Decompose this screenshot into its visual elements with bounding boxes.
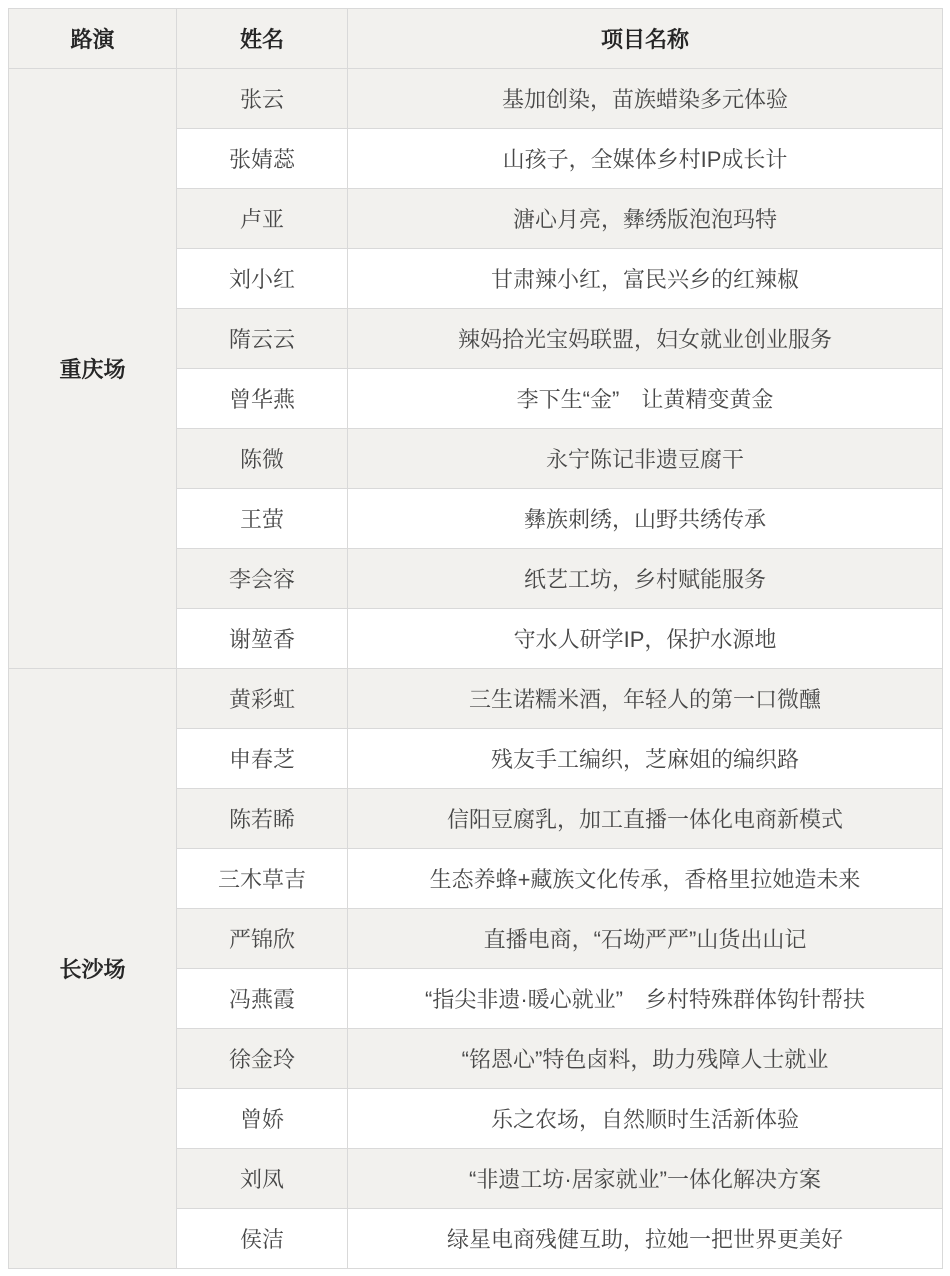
- project-cell: 彝族刺绣，山野共绣传承: [348, 489, 943, 549]
- name-cell: 隋云云: [177, 309, 348, 369]
- project-cell: 永宁陈记非遗豆腐干: [348, 429, 943, 489]
- name-cell: 曾娇: [177, 1089, 348, 1149]
- name-cell: 王萤: [177, 489, 348, 549]
- project-cell: 残友手工编织，芝麻姐的编织路: [348, 729, 943, 789]
- project-cell: 纸艺工坊，乡村赋能服务: [348, 549, 943, 609]
- project-cell: 直播电商，“石坳严严”山货出山记: [348, 909, 943, 969]
- name-cell: 陈若睎: [177, 789, 348, 849]
- project-cell: 基加创染，苗族蜡染多元体验: [348, 69, 943, 129]
- table-body: 重庆场张云基加创染，苗族蜡染多元体验张婧蕊山孩子，全媒体乡村IP成长计卢亚溏心月…: [9, 69, 943, 1269]
- column-header-venue: 路演: [9, 9, 177, 69]
- name-cell: 谢堃香: [177, 609, 348, 669]
- name-cell: 陈微: [177, 429, 348, 489]
- name-cell: 曾华燕: [177, 369, 348, 429]
- project-cell: 守水人研学IP，保护水源地: [348, 609, 943, 669]
- project-cell: 三生诺糯米酒，年轻人的第一口微醺: [348, 669, 943, 729]
- table-row: 长沙场黄彩虹三生诺糯米酒，年轻人的第一口微醺: [9, 669, 943, 729]
- project-cell: 溏心月亮，彝绣版泡泡玛特: [348, 189, 943, 249]
- name-cell: 张婧蕊: [177, 129, 348, 189]
- header-row: 路演 姓名 项目名称: [9, 9, 943, 69]
- project-cell: 山孩子，全媒体乡村IP成长计: [348, 129, 943, 189]
- page: 路演 姓名 项目名称 重庆场张云基加创染，苗族蜡染多元体验张婧蕊山孩子，全媒体乡…: [0, 0, 950, 1276]
- name-cell: 三木草吉: [177, 849, 348, 909]
- name-cell: 刘小红: [177, 249, 348, 309]
- table-row: 重庆场张云基加创染，苗族蜡染多元体验: [9, 69, 943, 129]
- project-cell: 李下生“金” 让黄精变黄金: [348, 369, 943, 429]
- name-cell: 张云: [177, 69, 348, 129]
- project-cell: 信阳豆腐乳，加工直播一体化电商新模式: [348, 789, 943, 849]
- roadshow-table: 路演 姓名 项目名称 重庆场张云基加创染，苗族蜡染多元体验张婧蕊山孩子，全媒体乡…: [8, 8, 943, 1269]
- project-cell: 生态养蜂+藏族文化传承，香格里拉她造未来: [348, 849, 943, 909]
- name-cell: 严锦欣: [177, 909, 348, 969]
- name-cell: 侯洁: [177, 1209, 348, 1269]
- project-cell: 乐之农场，自然顺时生活新体验: [348, 1089, 943, 1149]
- name-cell: 卢亚: [177, 189, 348, 249]
- name-cell: 徐金玲: [177, 1029, 348, 1089]
- name-cell: 申春芝: [177, 729, 348, 789]
- name-cell: 冯燕霞: [177, 969, 348, 1029]
- project-cell: “铭恩心”特色卤料，助力残障人士就业: [348, 1029, 943, 1089]
- column-header-name: 姓名: [177, 9, 348, 69]
- venue-cell: 重庆场: [9, 69, 177, 669]
- column-header-project: 项目名称: [348, 9, 943, 69]
- project-cell: 辣妈拾光宝妈联盟，妇女就业创业服务: [348, 309, 943, 369]
- name-cell: 刘凤: [177, 1149, 348, 1209]
- name-cell: 黄彩虹: [177, 669, 348, 729]
- project-cell: 甘肃辣小红，富民兴乡的红辣椒: [348, 249, 943, 309]
- project-cell: 绿星电商残健互助，拉她一把世界更美好: [348, 1209, 943, 1269]
- project-cell: “指尖非遗·暖心就业” 乡村特殊群体钩针帮扶: [348, 969, 943, 1029]
- venue-cell: 长沙场: [9, 669, 177, 1269]
- name-cell: 李会容: [177, 549, 348, 609]
- project-cell: “非遗工坊·居家就业”一体化解决方案: [348, 1149, 943, 1209]
